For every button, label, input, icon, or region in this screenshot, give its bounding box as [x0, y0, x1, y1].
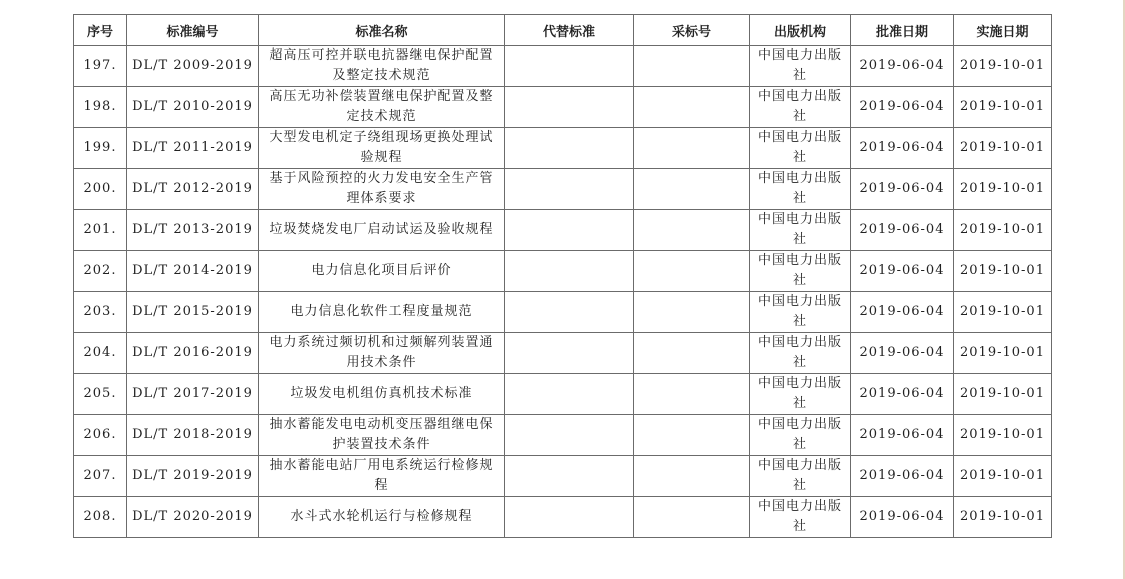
table-row: 205.DL/T 2017-2019垃圾发电机组仿真机技术标准中国电力出版社20… [74, 374, 1052, 415]
replaced-standard [505, 128, 634, 169]
effective-date: 2019-10-01 [954, 415, 1052, 456]
effective-date: 2019-10-01 [954, 497, 1052, 538]
effective-date: 2019-10-01 [954, 87, 1052, 128]
header-publisher: 出版机构 [750, 15, 851, 46]
approval-date: 2019-06-04 [851, 333, 954, 374]
effective-date: 2019-10-01 [954, 251, 1052, 292]
adopted-standard-no [634, 46, 750, 87]
table-row: 208.DL/T 2020-2019水斗式水轮机运行与检修规程中国电力出版社20… [74, 497, 1052, 538]
row-seq: 202. [74, 251, 127, 292]
row-seq: 206. [74, 415, 127, 456]
header-adopted: 采标号 [634, 15, 750, 46]
row-seq: 200. [74, 169, 127, 210]
header-name: 标准名称 [259, 15, 505, 46]
approval-date: 2019-06-04 [851, 128, 954, 169]
row-seq: 197. [74, 46, 127, 87]
adopted-standard-no [634, 374, 750, 415]
replaced-standard [505, 251, 634, 292]
row-seq: 207. [74, 456, 127, 497]
effective-date: 2019-10-01 [954, 46, 1052, 87]
publisher: 中国电力出版社 [750, 169, 851, 210]
table-row: 207.DL/T 2019-2019抽水蓄能电站厂用电系统运行检修规程中国电力出… [74, 456, 1052, 497]
approval-date: 2019-06-04 [851, 374, 954, 415]
publisher: 中国电力出版社 [750, 128, 851, 169]
effective-date: 2019-10-01 [954, 374, 1052, 415]
table-row: 200.DL/T 2012-2019基于风险预控的火力发电安全生产管理体系要求中… [74, 169, 1052, 210]
header-code: 标准编号 [127, 15, 259, 46]
row-seq: 198. [74, 87, 127, 128]
standard-name: 电力信息化软件工程度量规范 [259, 292, 505, 333]
standard-code: DL/T 2015-2019 [127, 292, 259, 333]
replaced-standard [505, 87, 634, 128]
approval-date: 2019-06-04 [851, 46, 954, 87]
adopted-standard-no [634, 87, 750, 128]
standard-code: DL/T 2012-2019 [127, 169, 259, 210]
standard-code: DL/T 2010-2019 [127, 87, 259, 128]
standard-name: 电力信息化项目后评价 [259, 251, 505, 292]
publisher: 中国电力出版社 [750, 456, 851, 497]
approval-date: 2019-06-04 [851, 292, 954, 333]
replaced-standard [505, 415, 634, 456]
effective-date: 2019-10-01 [954, 169, 1052, 210]
standard-name: 高压无功补偿装置继电保护配置及整定技术规范 [259, 87, 505, 128]
approval-date: 2019-06-04 [851, 497, 954, 538]
header-seq: 序号 [74, 15, 127, 46]
header-replaces: 代替标准 [505, 15, 634, 46]
adopted-standard-no [634, 415, 750, 456]
effective-date: 2019-10-01 [954, 333, 1052, 374]
replaced-standard [505, 456, 634, 497]
table-row: 203.DL/T 2015-2019电力信息化软件工程度量规范中国电力出版社20… [74, 292, 1052, 333]
replaced-standard [505, 497, 634, 538]
replaced-standard [505, 210, 634, 251]
header-approved: 批准日期 [851, 15, 954, 46]
standard-name: 水斗式水轮机运行与检修规程 [259, 497, 505, 538]
effective-date: 2019-10-01 [954, 128, 1052, 169]
standard-name: 抽水蓄能电站厂用电系统运行检修规程 [259, 456, 505, 497]
publisher: 中国电力出版社 [750, 251, 851, 292]
approval-date: 2019-06-04 [851, 456, 954, 497]
adopted-standard-no [634, 456, 750, 497]
row-seq: 208. [74, 497, 127, 538]
approval-date: 2019-06-04 [851, 210, 954, 251]
row-seq: 203. [74, 292, 127, 333]
standard-name: 大型发电机定子绕组现场更换处理试验规程 [259, 128, 505, 169]
approval-date: 2019-06-04 [851, 415, 954, 456]
adopted-standard-no [634, 292, 750, 333]
table-row: 201.DL/T 2013-2019垃圾焚烧发电厂启动试运及验收规程中国电力出版… [74, 210, 1052, 251]
standard-code: DL/T 2014-2019 [127, 251, 259, 292]
table-row: 204.DL/T 2016-2019电力系统过频切机和过频解列装置通用技术条件中… [74, 333, 1052, 374]
standard-code: DL/T 2019-2019 [127, 456, 259, 497]
header-effective: 实施日期 [954, 15, 1052, 46]
adopted-standard-no [634, 169, 750, 210]
table-row: 199.DL/T 2011-2019大型发电机定子绕组现场更换处理试验规程中国电… [74, 128, 1052, 169]
standard-code: DL/T 2009-2019 [127, 46, 259, 87]
standard-name: 抽水蓄能发电电动机变压器组继电保护装置技术条件 [259, 415, 505, 456]
standard-code: DL/T 2018-2019 [127, 415, 259, 456]
adopted-standard-no [634, 333, 750, 374]
standard-code: DL/T 2020-2019 [127, 497, 259, 538]
replaced-standard [505, 46, 634, 87]
table-row: 206.DL/T 2018-2019抽水蓄能发电电动机变压器组继电保护装置技术条… [74, 415, 1052, 456]
publisher: 中国电力出版社 [750, 333, 851, 374]
approval-date: 2019-06-04 [851, 169, 954, 210]
replaced-standard [505, 292, 634, 333]
approval-date: 2019-06-04 [851, 251, 954, 292]
standard-name: 超高压可控并联电抗器继电保护配置及整定技术规范 [259, 46, 505, 87]
effective-date: 2019-10-01 [954, 456, 1052, 497]
standard-name: 垃圾发电机组仿真机技术标准 [259, 374, 505, 415]
adopted-standard-no [634, 251, 750, 292]
publisher: 中国电力出版社 [750, 87, 851, 128]
standard-name: 电力系统过频切机和过频解列装置通用技术条件 [259, 333, 505, 374]
standard-code: DL/T 2013-2019 [127, 210, 259, 251]
standards-table: 序号 标准编号 标准名称 代替标准 采标号 出版机构 批准日期 实施日期 197… [73, 14, 1052, 538]
replaced-standard [505, 333, 634, 374]
row-seq: 201. [74, 210, 127, 251]
effective-date: 2019-10-01 [954, 292, 1052, 333]
row-seq: 199. [74, 128, 127, 169]
header-row: 序号 标准编号 标准名称 代替标准 采标号 出版机构 批准日期 实施日期 [74, 15, 1052, 46]
row-seq: 204. [74, 333, 127, 374]
table-row: 198.DL/T 2010-2019高压无功补偿装置继电保护配置及整定技术规范中… [74, 87, 1052, 128]
publisher: 中国电力出版社 [750, 46, 851, 87]
publisher: 中国电力出版社 [750, 497, 851, 538]
approval-date: 2019-06-04 [851, 87, 954, 128]
standard-name: 基于风险预控的火力发电安全生产管理体系要求 [259, 169, 505, 210]
table-row: 197.DL/T 2009-2019超高压可控并联电抗器继电保护配置及整定技术规… [74, 46, 1052, 87]
publisher: 中国电力出版社 [750, 292, 851, 333]
table-row: 202.DL/T 2014-2019电力信息化项目后评价中国电力出版社2019-… [74, 251, 1052, 292]
publisher: 中国电力出版社 [750, 374, 851, 415]
adopted-standard-no [634, 210, 750, 251]
publisher: 中国电力出版社 [750, 415, 851, 456]
adopted-standard-no [634, 497, 750, 538]
standard-code: DL/T 2016-2019 [127, 333, 259, 374]
standard-code: DL/T 2011-2019 [127, 128, 259, 169]
replaced-standard [505, 374, 634, 415]
adopted-standard-no [634, 128, 750, 169]
effective-date: 2019-10-01 [954, 210, 1052, 251]
replaced-standard [505, 169, 634, 210]
standard-code: DL/T 2017-2019 [127, 374, 259, 415]
row-seq: 205. [74, 374, 127, 415]
publisher: 中国电力出版社 [750, 210, 851, 251]
standard-name: 垃圾焚烧发电厂启动试运及验收规程 [259, 210, 505, 251]
